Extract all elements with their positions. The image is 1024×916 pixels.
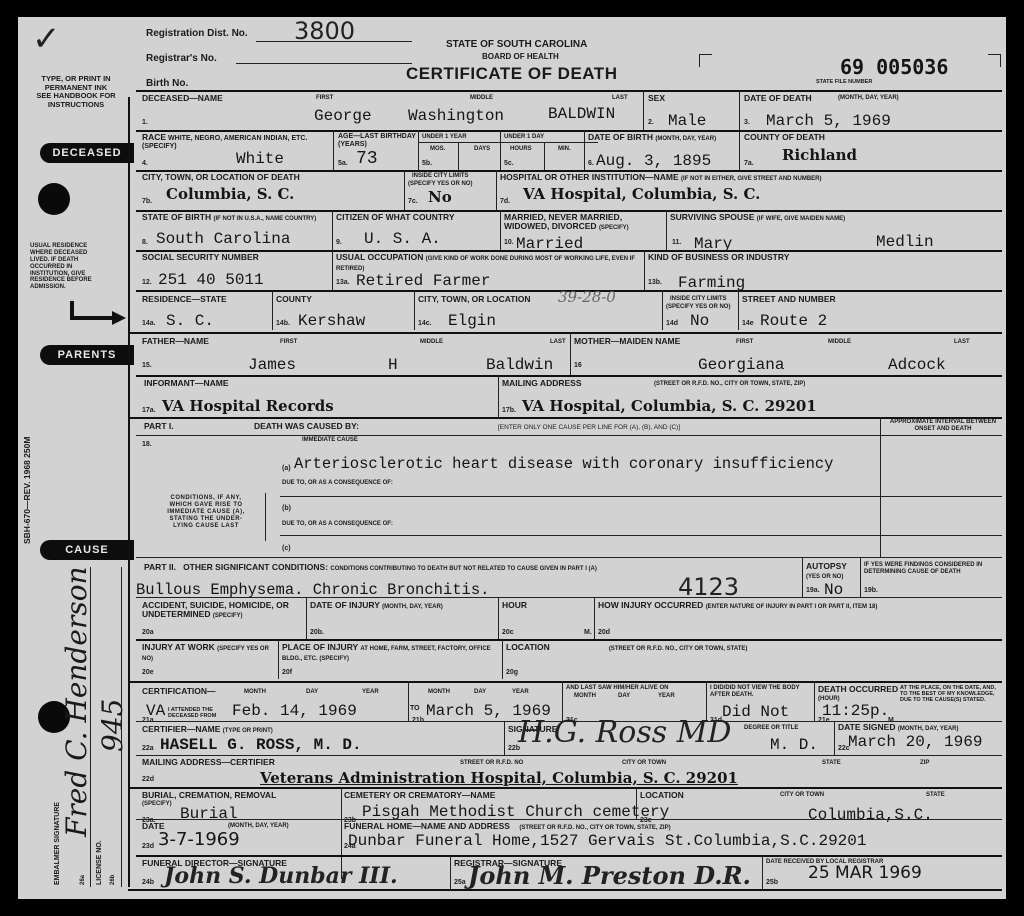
item-number: 7c. xyxy=(408,198,418,205)
day-label: DAY xyxy=(618,693,630,700)
item-number: 13a. xyxy=(336,279,350,286)
rule xyxy=(458,142,459,170)
item-number: 7b. xyxy=(142,198,152,205)
informant-mailing-value: VA Hospital, Columbia, S. C. 29201 xyxy=(522,399,817,414)
residence-city-code: 39-28-0 xyxy=(558,288,616,306)
item-number: 15. xyxy=(142,362,152,369)
item-number: 22d xyxy=(142,776,154,783)
findings-label: IF YES WERE FINDINGS CONSIDERED IN DETER… xyxy=(864,562,1004,575)
sex-label: SEX xyxy=(648,94,665,103)
county-of-death-value: Richland xyxy=(782,148,857,163)
place-label: PLACE OF INJURY AT HOME, FARM, STREET, F… xyxy=(282,643,502,662)
death-occurred-label: DEATH OCCURRED xyxy=(818,685,898,694)
check-mark: ✓ xyxy=(32,19,61,59)
rule xyxy=(498,375,499,417)
certifier-name: HASELL G. ROSS, M. D. xyxy=(160,737,362,753)
day-label: DAY xyxy=(474,689,486,696)
rule xyxy=(136,375,1002,377)
rule xyxy=(418,142,598,143)
view-body-label: I DID/DID NOT VIEW THE BODY AFTER DEATH. xyxy=(710,685,810,698)
business-value: Farming xyxy=(678,275,745,291)
certificate-title: CERTIFICATE OF DEATH xyxy=(406,65,617,84)
item-number: 9. xyxy=(336,239,342,246)
rule xyxy=(306,597,307,639)
inside-city-value: No xyxy=(428,190,452,205)
burial-location-label: LOCATION xyxy=(640,791,684,800)
arrow-shaft xyxy=(70,316,114,320)
hour-suffix: M. xyxy=(584,629,592,636)
ssn-label: SOCIAL SECURITY NUMBER xyxy=(142,253,259,262)
rule xyxy=(636,787,637,819)
rule xyxy=(136,130,1002,132)
item-number: 19a. xyxy=(806,587,820,594)
rule xyxy=(450,855,451,889)
embalmer-signature: Fred C. Henderson xyxy=(60,566,93,837)
cemetery-label: CEMETERY OR CREMATORY—NAME xyxy=(344,791,495,800)
license-no-label: LICENSE NO. xyxy=(96,840,103,885)
arrow-head xyxy=(112,311,126,325)
attended-prefix: VA xyxy=(146,703,165,719)
registrars-no-line xyxy=(236,63,412,64)
rule xyxy=(814,681,815,721)
degree-value: M. D. xyxy=(770,737,818,753)
cause-a-value: Arteriosclerotic heart disease with coro… xyxy=(294,457,834,473)
section-tab-cause: CAUSE xyxy=(40,540,134,560)
date-of-death-label: DATE OF DEATH xyxy=(744,94,812,103)
rule xyxy=(333,130,334,170)
citizen-value: U. S. A. xyxy=(364,231,441,247)
ssn-value: 251 40 5011 xyxy=(158,272,264,288)
rule xyxy=(136,855,1002,857)
rule xyxy=(502,639,503,679)
street-label: STREET OR R.F.D. NO xyxy=(460,760,523,767)
dob-label: DATE OF BIRTH (MONTH, DAY, YEAR) xyxy=(588,133,733,143)
conditions-note: CONDITIONS, IF ANY, WHICH GAVE RISE TO I… xyxy=(142,495,270,529)
item-number: 14d xyxy=(666,320,678,327)
rule xyxy=(136,597,1002,598)
business-label: KIND OF BUSINESS OR INDUSTRY xyxy=(648,253,789,262)
mother-first: Georgiana xyxy=(698,357,784,373)
state-of-birth-value: South Carolina xyxy=(156,231,290,247)
rule xyxy=(498,597,499,639)
state-heading: STATE OF SOUTH CAROLINA xyxy=(446,39,587,50)
item-number: 17a. xyxy=(142,407,156,414)
citizen-label: CITIZEN OF WHAT COUNTRY xyxy=(336,213,455,222)
section-tab-deceased: DECEASED xyxy=(40,143,134,163)
binder-hole xyxy=(38,183,70,215)
rule xyxy=(802,557,803,597)
last-label: LAST xyxy=(550,339,566,346)
view-body-value: Did Not xyxy=(722,704,789,720)
item-number: 5b. xyxy=(422,160,432,167)
part1-label: PART I. xyxy=(144,422,174,431)
age-label: AGE—LAST BIRTHDAY (YEARS) xyxy=(338,133,416,148)
rule xyxy=(332,250,333,290)
last-label: LAST xyxy=(612,95,628,102)
residence-inside-value: No xyxy=(690,313,709,329)
under-1-day-label: UNDER 1 DAY xyxy=(504,134,544,141)
last-label: LAST xyxy=(954,339,970,346)
rule xyxy=(332,210,333,250)
rule xyxy=(666,210,667,250)
item-number: 5a. xyxy=(338,160,348,167)
month-label: MONTH xyxy=(574,693,596,700)
item-number: 7d. xyxy=(500,198,510,205)
item-number: 14e xyxy=(742,320,754,327)
residence-county-label: COUNTY xyxy=(276,295,312,304)
item-number: 14a. xyxy=(142,320,156,327)
at-work-label: INJURY AT WORK (SPECIFY YES OR NO) xyxy=(142,643,272,662)
mother-label: MOTHER—MAIDEN NAME xyxy=(574,337,680,346)
rule xyxy=(136,435,1002,436)
item-number: 14b. xyxy=(276,320,290,327)
item-number: 11. xyxy=(672,239,681,246)
item-number: 20d xyxy=(598,629,610,636)
item-number: 24b xyxy=(142,879,154,886)
location-label: LOCATION (STREET OR R.F.D. NO., CITY OR … xyxy=(506,643,747,653)
item-number: 18. xyxy=(142,441,152,448)
rule xyxy=(136,639,1002,641)
item-number: 19b. xyxy=(864,587,878,594)
to-label: TO xyxy=(410,705,420,713)
item-number: 23d xyxy=(142,843,154,850)
certifier-mailing-label: MAILING ADDRESS—CERTIFIER xyxy=(142,758,275,767)
item-number: 2. xyxy=(648,119,654,126)
rule xyxy=(136,250,1002,252)
mos-label: MOS. xyxy=(430,146,445,153)
city-of-death-value: Columbia, S. C. xyxy=(166,187,294,202)
immediate-cause-label: IMMEDIATE CAUSE xyxy=(302,437,358,444)
occupation-value: Retired Farmer xyxy=(356,273,490,289)
deceased-first: George xyxy=(314,108,372,124)
how-injury-label: HOW INJURY OCCURRED (ENTER NATURE OF INJ… xyxy=(598,601,877,611)
rule xyxy=(414,290,415,330)
rule xyxy=(272,290,273,330)
rule xyxy=(643,90,644,130)
informant-label: INFORMANT—NAME xyxy=(144,379,229,388)
rule xyxy=(880,417,881,557)
registration-dist-no: 3800 xyxy=(294,17,355,45)
rule xyxy=(136,557,1002,558)
under-1-year-label: UNDER 1 YEAR xyxy=(422,134,467,141)
cause-c-label: (c) xyxy=(282,545,291,552)
rule xyxy=(128,681,1002,683)
burial-location-value: Columbia,S.C. xyxy=(808,807,933,823)
certifier-mailing-value: Veterans Administration Hospital, Columb… xyxy=(260,771,738,786)
item-number: 12. xyxy=(142,279,152,286)
item-number: 20e xyxy=(142,669,154,676)
first-label: FIRST xyxy=(316,95,333,102)
street-label: STREET AND NUMBER xyxy=(742,295,836,304)
dob-value: Aug. 3, 1895 xyxy=(596,153,711,169)
form-border-left xyxy=(128,97,130,887)
item-number: 6. xyxy=(588,160,594,167)
birth-no-label: Birth No. xyxy=(146,78,188,89)
registrar-signature: John M. Preston D.R. xyxy=(468,861,751,890)
disposition-sub: (SPECIFY) xyxy=(142,801,172,808)
rule xyxy=(762,855,763,889)
rule xyxy=(404,170,405,210)
corner-bracket-right xyxy=(988,54,1001,67)
date-signed-value: March 20, 1969 xyxy=(848,734,982,750)
rule xyxy=(738,290,739,330)
hour-label: HOUR xyxy=(502,601,527,610)
occupation-label: USUAL OCCUPATION (GIVE KIND OF WORK DONE… xyxy=(336,253,641,272)
rule xyxy=(500,130,501,170)
residence-city-value: Elgin xyxy=(448,313,496,329)
item-number: 20g xyxy=(506,669,518,676)
registration-dist-label: Registration Dist. No. xyxy=(146,28,248,39)
date-signed-label: DATE SIGNED (MONTH, DAY, YEAR) xyxy=(838,723,959,733)
corner-bracket-left xyxy=(699,54,712,67)
year-label: YEAR xyxy=(362,689,379,696)
form-code: SBH-670—REV. 1968 250M xyxy=(22,437,32,544)
inside-city-label: INSIDE CITY LIMITS xyxy=(412,173,469,180)
rule xyxy=(544,142,545,170)
rule xyxy=(280,535,1002,536)
rule xyxy=(128,417,1002,419)
rule xyxy=(128,889,1002,891)
interval-label: APPROXIMATE INTERVAL BETWEEN ONSET AND D… xyxy=(884,419,1002,432)
rule xyxy=(860,557,861,597)
mailing-label: MAILING ADDRESS xyxy=(502,379,582,388)
instructions-note: TYPE, OR PRINT IN PERMANENT INK SEE HAND… xyxy=(20,75,132,110)
attended-from-date: Feb. 14, 1969 xyxy=(232,703,357,719)
month-label: MONTH xyxy=(244,689,266,696)
street-value: Route 2 xyxy=(760,313,827,329)
item-number: 8. xyxy=(142,239,148,246)
last-saw-label: AND LAST SAW HIM/HER ALIVE ON xyxy=(566,685,668,692)
year-label: YEAR xyxy=(512,689,529,696)
father-label: FATHER—NAME xyxy=(142,337,209,346)
rule xyxy=(504,721,505,755)
part2-label: PART II. OTHER SIGNIFICANT CONDITIONS: C… xyxy=(144,563,597,573)
date-of-death-value: March 5, 1969 xyxy=(766,113,891,129)
hospital-label: HOSPITAL OR OTHER INSTITUTION—NAME (IF N… xyxy=(500,173,822,183)
spouse-label: SURVIVING SPOUSE (IF WIFE, GIVE MAIDEN N… xyxy=(670,213,845,223)
hours-label: HOURS xyxy=(510,146,532,153)
injury-date-label: DATE OF INJURY (MONTH, DAY, YEAR) xyxy=(310,601,443,611)
middle-label: MIDDLE xyxy=(828,339,851,346)
state-file-number: 69 005036 xyxy=(840,57,948,77)
received-stamp: 25 MAR 1969 xyxy=(808,865,922,882)
item-number: 1. xyxy=(142,119,148,126)
residence-inside-label: INSIDE CITY LIMITS xyxy=(670,296,727,303)
mother-last: Adcock xyxy=(888,357,946,373)
days-label: DAYS xyxy=(474,146,490,153)
informant-value: VA Hospital Records xyxy=(162,399,334,414)
rule xyxy=(418,130,419,170)
item-number: 25b xyxy=(766,879,778,886)
item-number: 20c xyxy=(502,629,514,636)
caused-by-label: DEATH WAS CAUSED BY: xyxy=(254,422,359,431)
autopsy-value: No xyxy=(824,582,843,598)
death-certificate: ✓ Registration Dist. No. 3800 Registrar'… xyxy=(18,17,1006,899)
bracket xyxy=(265,493,266,541)
section-tab-parents: PARENTS xyxy=(40,345,134,365)
rule xyxy=(500,210,501,250)
race-label: RACE WHITE, NEGRO, AMERICAN INDIAN, ETC.… xyxy=(142,133,332,150)
middle-label: MIDDLE xyxy=(470,95,493,102)
first-label: FIRST xyxy=(736,339,753,346)
manner-label: ACCIDENT, SUICIDE, HOMICIDE, OR UNDETERM… xyxy=(142,601,312,620)
deceased-last: BALDWIN xyxy=(548,106,615,122)
due-to-label: DUE TO, OR AS A CONSEQUENCE OF: xyxy=(282,480,393,487)
embalmer-item: 26a xyxy=(80,875,86,885)
state-file-number-label: STATE FILE NUMBER xyxy=(816,79,872,85)
item-number: 20f xyxy=(282,669,292,676)
board-heading: BOARD OF HEALTH xyxy=(482,53,559,62)
residence-inside-sub: (SPECIFY YES OR NO) xyxy=(666,304,730,311)
license-item: 26b xyxy=(110,875,116,885)
item-number: 10. xyxy=(504,239,514,246)
item-number: 20a xyxy=(142,629,154,636)
certification-label: CERTIFICATION— xyxy=(142,687,216,696)
rule xyxy=(570,332,571,375)
item-number: 5c. xyxy=(504,160,514,167)
deceased-middle: Washington xyxy=(408,108,504,124)
rule xyxy=(644,250,645,290)
father-first: James xyxy=(248,357,296,373)
rule xyxy=(584,130,585,170)
residence-county-value: Kershaw xyxy=(298,313,365,329)
certifier-signature: H.G. Ross MD xyxy=(518,715,731,750)
inside-city-sub: (SPECIFY YES OR NO) xyxy=(408,181,472,188)
residence-state-value: S. C. xyxy=(166,313,214,329)
name-label: DECEASED—NAME xyxy=(142,94,223,103)
usual-residence-note: USUAL RESIDENCE WHERE DECEASED LIVED. IF… xyxy=(30,243,120,291)
father-last: Baldwin xyxy=(486,357,553,373)
state-of-birth-label: STATE OF BIRTH (IF NOT IN U.S.A., NAME C… xyxy=(142,213,334,223)
funeral-home-value: Dunbar Funeral Home,1527 Gervais St.Colu… xyxy=(348,833,866,849)
cause-a-label: (a) xyxy=(282,465,291,472)
rule xyxy=(128,787,1002,789)
hospital-value: VA Hospital, Columbia, S. C. xyxy=(523,187,760,202)
due-to-label: DUE TO, OR AS A CONSEQUENCE OF: xyxy=(282,521,393,528)
zip-label: ZIP xyxy=(920,760,929,767)
funeral-home-label: FUNERAL HOME—NAME AND ADDRESS (STREET OR… xyxy=(344,822,671,832)
month-label: MONTH xyxy=(428,689,450,696)
item-number: 14c. xyxy=(418,320,432,327)
age-value: 73 xyxy=(356,150,378,168)
rule xyxy=(136,90,1002,92)
item-number: 22a xyxy=(142,745,154,752)
year-label: YEAR xyxy=(658,693,675,700)
rule xyxy=(594,597,595,639)
spouse-last: Medlin xyxy=(876,234,934,250)
state-label: STATE xyxy=(822,760,841,767)
date-of-death-sub: (MONTH, DAY, YEAR) xyxy=(838,95,899,102)
degree-label: DEGREE OR TITLE xyxy=(744,725,798,732)
registrars-no-label: Registrar's No. xyxy=(146,53,217,64)
residence-state-label: RESIDENCE—STATE xyxy=(142,295,227,304)
rule xyxy=(662,290,663,330)
autopsy-label: AUTOPSY xyxy=(806,562,847,571)
burial-date-value: 3-7-1969 xyxy=(158,831,240,849)
autopsy-sub: (YES OR NO) xyxy=(806,574,843,581)
rule xyxy=(278,639,279,679)
attended-note: I ATTENDED THE DECEASED FROM xyxy=(168,707,234,719)
disposition-label: BURIAL, CREMATION, REMOVAL xyxy=(142,791,276,800)
middle-label: MIDDLE xyxy=(420,339,443,346)
rule xyxy=(280,496,1002,497)
min-label: MIN. xyxy=(558,146,571,153)
marital-label: MARRIED, NEVER MARRIED, WIDOWED, DIVORCE… xyxy=(504,213,664,232)
item-number: 17b. xyxy=(502,407,516,414)
city-label: CITY OR TOWN xyxy=(780,792,824,799)
father-middle: H xyxy=(388,357,398,373)
item-number: 16 xyxy=(574,362,582,369)
rule xyxy=(408,681,409,721)
race-value: White xyxy=(236,151,284,167)
rule xyxy=(128,332,1002,334)
rule xyxy=(136,819,1002,820)
item-number: 13b. xyxy=(648,279,662,286)
one-cause-note: [ENTER ONLY ONE CAUSE PER LINE FOR (a), … xyxy=(498,424,680,431)
state-label: STATE xyxy=(926,792,945,799)
rule xyxy=(496,170,497,210)
death-occurred-note: AT THE PLACE, ON THE DATE, AND, TO THE B… xyxy=(900,685,1004,703)
residence-city-label: CITY, TOWN, OR LOCATION xyxy=(418,295,531,304)
first-label: FIRST xyxy=(280,339,297,346)
county-of-death-label: COUNTY OF DEATH xyxy=(744,133,825,142)
license-no: 945 xyxy=(96,699,129,752)
mailing-sub: (STREET OR R.F.D. NO., CITY OR TOWN, STA… xyxy=(654,381,805,388)
item-number: 25a xyxy=(454,879,466,886)
item-number: 7a. xyxy=(744,160,754,167)
rule xyxy=(136,755,1002,756)
sex-value: Male xyxy=(668,113,706,129)
cause-b-label: (b) xyxy=(282,505,291,512)
item-number: 3. xyxy=(744,119,750,126)
certifier-label: CERTIFIER—NAME (TYPE OR PRINT) xyxy=(142,725,273,735)
day-label: DAY xyxy=(306,689,318,696)
city-of-death-label: CITY, TOWN, OR LOCATION OF DEATH xyxy=(142,173,300,182)
death-occurred-time: 11:25p. xyxy=(822,703,889,719)
item-number: 4. xyxy=(142,160,148,167)
rule xyxy=(834,721,835,755)
director-signature: John S. Dunbar III. xyxy=(164,863,398,889)
cemetery-value: Pisgah Methodist Church cemetery xyxy=(362,804,669,820)
city-label: CITY OR TOWN xyxy=(622,760,666,767)
item-number: 20b. xyxy=(310,629,324,636)
